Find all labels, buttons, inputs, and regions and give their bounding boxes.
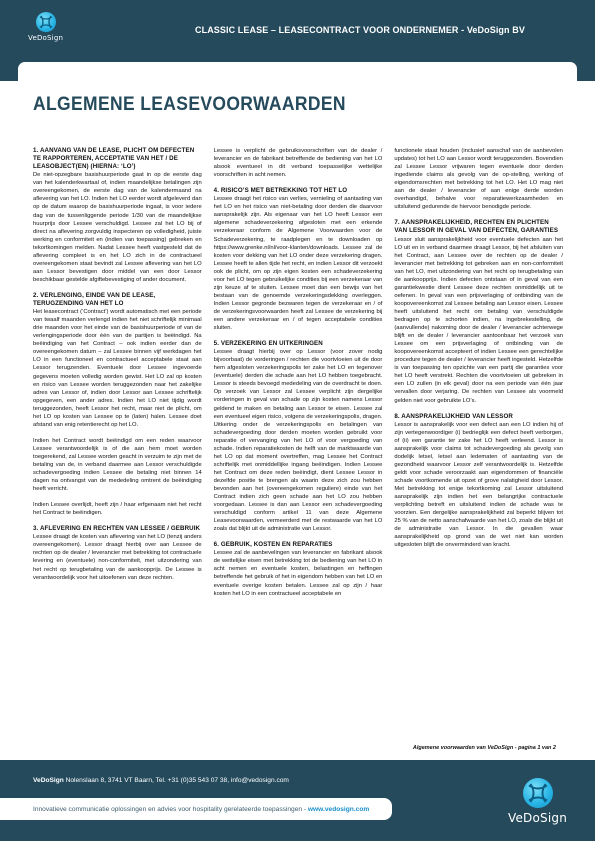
section-paragraph: Lessee draagt het risico van verlies, ve… — [214, 195, 383, 332]
footer-logo: VeDoSign — [508, 778, 567, 825]
section-paragraph: Lessor sluit aansprakelijkheid voor even… — [394, 236, 563, 405]
section-4: 4. RISICO’S MET BETREKKING TOT HET LO Le… — [214, 187, 383, 332]
footer-brand: VeDoSign — [508, 811, 567, 825]
footer-address: VeDoSign Nolenslaan 8, 3741 VT Baarn, Te… — [33, 777, 289, 784]
section-heading: 2. VERLENGING, EINDE VAN DE LEASE, TERUG… — [33, 292, 202, 308]
section-paragraph: Indien het Contract wordt beëindigd om e… — [33, 437, 202, 493]
section-6-continued: functionele staat houden (inclusief aans… — [394, 147, 563, 211]
section-3-continued: Lessee is verplicht de gebruiksvoorschri… — [214, 147, 383, 179]
section-paragraph: Lessor is aansprakelijk voor een defect … — [394, 421, 563, 550]
page-title: ALGEMENE LEASEVOORWAARDEN — [33, 94, 346, 116]
section-paragraph: Het leasecontract (‘Contract’) wordt aut… — [33, 308, 202, 429]
section-1: 1. AANVANG VAN DE LEASE, PLICHT OM DEFEC… — [33, 147, 202, 284]
section-8: 8. AANSPRAKELIJKHEID VAN LESSOR Lessor i… — [394, 413, 563, 550]
section-paragraph: De niet-opzegbare basishuurperiode gaat … — [33, 171, 202, 284]
website-link[interactable]: www.vedosign.com — [308, 806, 369, 813]
section-5: 5. VERZEKERING EN UITKERINGEN Lessee dra… — [214, 340, 383, 533]
section-heading: 5. VERZEKERING EN UITKERINGEN — [214, 340, 383, 348]
section-heading: 3. AFLEVERING EN RECHTEN VAN LESSEE / GE… — [33, 525, 202, 533]
terms-columns: 1. AANVANG VAN DE LEASE, PLICHT OM DEFEC… — [33, 147, 563, 737]
section-heading: 7. AANSPRAKELIJKHEID, RECHTEN EN PLICHTE… — [394, 219, 563, 235]
section-paragraph: functionele staat houden (inclusief aans… — [394, 147, 563, 211]
footer-company: VeDoSign — [33, 777, 64, 784]
section-2: 2. VERLENGING, EINDE VAN DE LEASE, TERUG… — [33, 292, 202, 517]
header-brand: VeDoSign — [28, 34, 63, 42]
section-3: 3. AFLEVERING EN RECHTEN VAN LESSEE / GE… — [33, 525, 202, 581]
section-paragraph: Indien Lessee overlijdt, heeft zijn / ha… — [33, 501, 202, 517]
header-card — [18, 62, 577, 92]
column-3: functionele staat houden (inclusief aans… — [394, 147, 563, 737]
section-paragraph: Lessee is verplicht de gebruiksvoorschri… — [214, 147, 383, 179]
footer-tagline-text: Innovatieve communicatie oplossingen en … — [33, 806, 308, 813]
section-7: 7. AANSPRAKELIJKHEID, RECHTEN EN PLICHTE… — [394, 219, 563, 404]
section-paragraph: Lessee zal de aanbevelingen van leveranc… — [214, 549, 383, 597]
vedosign-logo-icon — [36, 12, 56, 32]
section-heading: 1. AANVANG VAN DE LEASE, PLICHT OM DEFEC… — [33, 147, 202, 171]
section-6: 6. GEBRUIK, KOSTEN EN REPARATIES Lessee … — [214, 541, 383, 597]
footer-address-text: Nolenslaan 8, 3741 VT Baarn, Tel. +31 (0… — [66, 777, 289, 784]
page-number-note: Algemene voorwaarden van VeDoSign - pagi… — [413, 745, 556, 751]
section-heading: 8. AANSPRAKELIJKHEID VAN LESSOR — [394, 413, 563, 421]
header-logo: VeDoSign — [28, 12, 63, 42]
section-heading: 6. GEBRUIK, KOSTEN EN REPARATIES — [214, 541, 383, 549]
section-heading: 4. RISICO’S MET BETREKKING TOT HET LO — [214, 187, 383, 195]
section-paragraph: Lessee draagt hierbij over op Lessor (vo… — [214, 348, 383, 533]
footer-tagline: Innovatieve communicatie oplossingen en … — [33, 806, 369, 813]
section-paragraph: Lessee draagt de kosten van aflevering v… — [33, 533, 202, 581]
column-1: 1. AANVANG VAN DE LEASE, PLICHT OM DEFEC… — [33, 147, 202, 737]
column-2: Lessee is verplicht de gebruiksvoorschri… — [214, 147, 383, 737]
vedosign-logo-icon — [523, 778, 553, 808]
document-header-title: CLASSIC LEASE – LEASECONTRACT VOOR ONDER… — [195, 25, 585, 35]
